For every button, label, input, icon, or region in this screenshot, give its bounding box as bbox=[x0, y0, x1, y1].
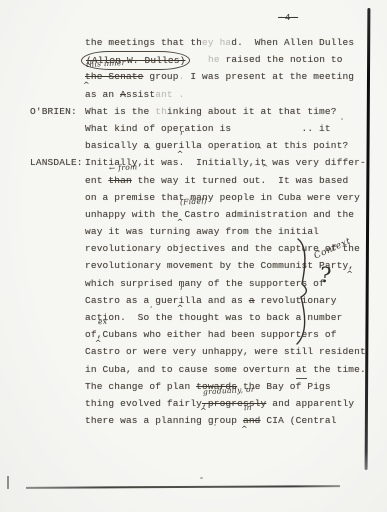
transcript-line: Castro as a guerilla and as r^a revoluti… bbox=[85, 292, 366, 309]
scan-speck bbox=[200, 477, 203, 479]
scan-speck bbox=[341, 118, 343, 120]
typed-text-segment: which surprised many of the supporters o… bbox=[85, 275, 325, 292]
handwritten-annotation: gradually, or bbox=[203, 386, 255, 397]
typed-text-segment: he bbox=[208, 51, 220, 68]
transcript-line: on a premise that many people in Cuba we… bbox=[85, 189, 366, 206]
scan-speck bbox=[214, 424, 216, 426]
typed-text-segment: and apparently bbox=[266, 395, 354, 412]
typed-text-segment: as an bbox=[85, 86, 120, 103]
transcript-line: thing evolved fairly,progresslygradually… bbox=[85, 395, 366, 412]
typed-text-segment: The change of plan bbox=[85, 378, 196, 395]
typed-text-segment: ,progresslygradually, or^ bbox=[202, 395, 266, 412]
handwritten-annotation: ^ bbox=[255, 146, 262, 154]
typed-text-segment: ant . bbox=[155, 86, 184, 103]
typed-text-segment: group bbox=[144, 68, 179, 85]
typed-text-segment: on a premise that many people in Cuba we… bbox=[85, 189, 360, 206]
typed-text-segment: the way it turned out bbox=[132, 172, 261, 189]
transcript-line: the Senatethis inner^ group. I was prese… bbox=[85, 68, 366, 85]
typed-text-segment: ,^ bbox=[348, 257, 354, 274]
typed-text-segment: raised the notion to bbox=[220, 51, 343, 68]
typed-text-segment: andin^ bbox=[243, 412, 261, 429]
typed-text-segment: the time. bbox=[307, 361, 366, 378]
typed-text-segment: thing evolved fairly bbox=[85, 395, 202, 412]
handwritten-annotation: ^ bbox=[144, 146, 151, 154]
scan-bottom-edge-line bbox=[26, 485, 340, 489]
typed-text-segment: at bbox=[296, 361, 308, 379]
transcript-line: there was a planning group andin^ CIA (C… bbox=[85, 412, 366, 429]
typed-text-segment: action. So bbox=[85, 309, 149, 326]
transcript-line: action. So the thought was to back a num… bbox=[85, 309, 366, 326]
handwritten-annotation: ex bbox=[98, 318, 108, 326]
typed-text-segment: Castro or were very unhappy, were still … bbox=[85, 343, 366, 360]
typed-text-segment: basically a guer bbox=[85, 137, 179, 154]
typed-text-segment: ent bbox=[85, 172, 108, 189]
typed-text-segment: What kind of operation is bbox=[85, 120, 301, 137]
handwritten-annotation: in bbox=[244, 404, 252, 412]
insertion-caret-mark: ^ bbox=[241, 421, 248, 438]
typed-text-segment: d. When Allen Dulles bbox=[231, 34, 354, 51]
typed-text-segment: there was a planning group bbox=[85, 412, 243, 429]
typed-text-segment: .. it bbox=[301, 120, 330, 137]
scanned-document-page: -4- the meetings that they had. When All… bbox=[0, 0, 387, 512]
typed-text-segment: way it was turning away from the initial bbox=[85, 223, 319, 240]
transcript-line: Castro or were very unhappy, were still … bbox=[85, 343, 366, 360]
typed-text-segment: ey ha bbox=[202, 34, 231, 51]
typed-text-segment: What is the bbox=[85, 103, 155, 120]
typed-text-segment: the meetings that th bbox=[85, 34, 202, 51]
typed-text-segment: . It was based^ bbox=[261, 172, 349, 189]
typed-text-segment: inking about it at that time? bbox=[167, 103, 337, 120]
typed-text-segment: unhappy with the bbox=[85, 206, 179, 223]
typed-text-segment: than← from bbox=[108, 172, 131, 189]
typed-text-segment: it was. Initially,^ bbox=[144, 154, 255, 171]
page-number: -4- bbox=[278, 12, 298, 23]
transcript-line: (Allen W. Dulles) he raised the notion t… bbox=[85, 51, 366, 68]
transcript-line: ent than← from the way it turned out. It… bbox=[85, 172, 366, 189]
speaker-label: LANSDALE: bbox=[30, 154, 83, 171]
handwritten-annotation: r bbox=[179, 129, 183, 137]
transcript-line: in Cuba, and to cause some overturn at t… bbox=[85, 361, 366, 378]
typed-text-segment: th bbox=[155, 103, 167, 120]
typed-text-segment bbox=[190, 51, 208, 68]
typed-text-segment: it was very differ-^ bbox=[255, 154, 366, 171]
transcript-line: O'BRIEN:What is the thinking about it at… bbox=[85, 103, 366, 120]
transcript-line: What kind of operation is .. it bbox=[85, 120, 366, 137]
handwritten-annotation: r bbox=[179, 284, 183, 292]
transcript-line: unhappy with the Castro administration a… bbox=[85, 206, 366, 223]
typed-text-segment: Castro administration and the(Fidel)^ bbox=[179, 206, 355, 223]
margin-question-mark: ? bbox=[319, 263, 332, 288]
transcript-line: the meetings that they had. When Allen D… bbox=[85, 34, 366, 51]
typed-text-segment: illa and as r^ bbox=[179, 292, 249, 309]
transcript-line: of,Cubans who either had been supporters… bbox=[85, 326, 366, 343]
typed-text-segment: CIA (Central bbox=[261, 412, 337, 429]
transcript-line: basically a guerilla operation at this p… bbox=[85, 137, 366, 154]
handwritten-annotation: ^ bbox=[261, 163, 268, 171]
scan-left-tick-mark bbox=[7, 476, 9, 489]
transcript-lines: the meetings that they had. When Allen D… bbox=[85, 34, 366, 429]
transcript-line: way it was turning away from the initial bbox=[85, 223, 366, 240]
transcript-line: as an Assistant . bbox=[85, 86, 366, 103]
typed-text-segment: in Cuba, and to cause some overturn bbox=[85, 361, 296, 378]
typed-text-segment: Castro as a guer bbox=[85, 292, 179, 309]
handwritten-annotation: this inner bbox=[86, 59, 126, 69]
speaker-label: O'BRIEN: bbox=[30, 103, 77, 120]
typed-text-segment: I was present at the meeting bbox=[184, 68, 354, 85]
typed-text-segment: illa operation at this point?r^ bbox=[179, 137, 349, 154]
typed-text-segment: ssist bbox=[126, 86, 155, 103]
typed-text-segment: the Senatethis inner^ bbox=[85, 68, 144, 85]
handwritten-annotation: (Fidel) bbox=[179, 197, 207, 206]
